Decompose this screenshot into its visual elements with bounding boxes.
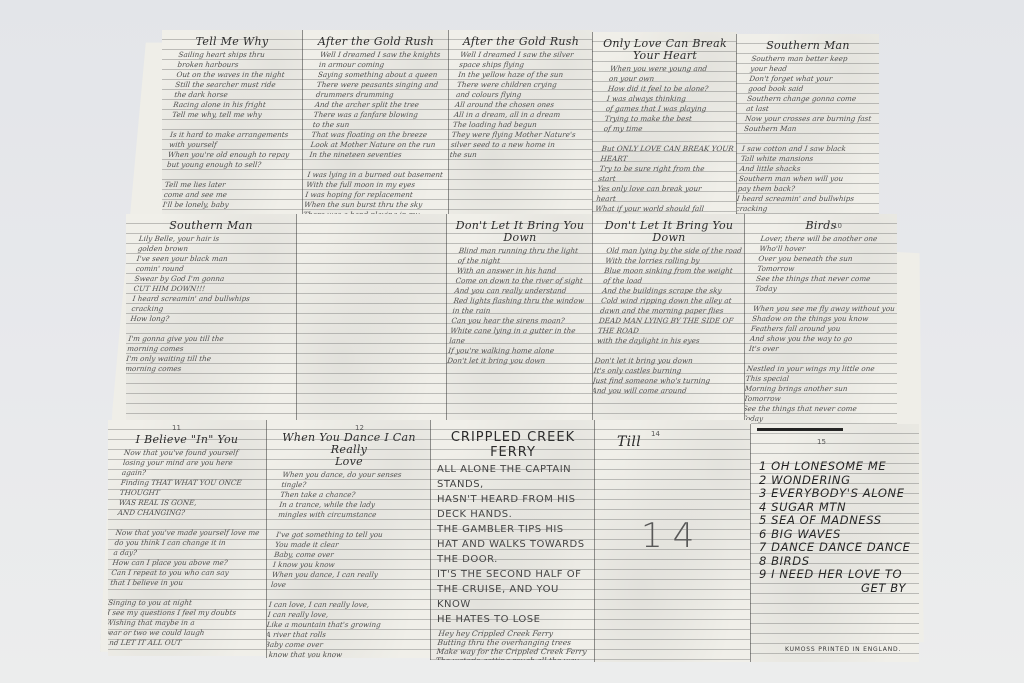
track-8: 8 BIRDS	[759, 555, 911, 569]
panel-till: 14 Till 14	[594, 420, 751, 662]
song-title: Don't Let It Bring You Down	[451, 220, 589, 244]
song-lyrics: When you dance, do your senses tingle? T…	[266, 470, 431, 658]
song-lyrics: ALL ALONE THE CAPTAIN STANDS, HASN'T HEA…	[437, 462, 591, 627]
song-lyrics: Well I dreamed I saw the silver space sh…	[449, 50, 593, 160]
track-1: 1 OH LONESOME ME	[759, 460, 911, 474]
handwritten-page-number: 14	[641, 516, 704, 556]
song-lyrics: Old man lying by the side of the road Wi…	[592, 246, 745, 396]
song-title: After the Gold Rush	[307, 36, 445, 48]
panel-cripple-creek-ferry: CRIPPLED CREEK FERRY ALL ALONE THE CAPTA…	[430, 420, 595, 660]
song-lyrics: When you were young and on your own How …	[592, 64, 737, 214]
track-3: 3 EVERYBODY'S ALONE	[759, 487, 911, 501]
track-2: 2 WONDERING	[759, 474, 911, 488]
song-title: When You Dance I Can Really Love	[271, 432, 427, 468]
song-title: Southern Man	[741, 40, 875, 52]
song-title: Birds	[749, 220, 893, 232]
panel-after-the-gold-rush-1: After the Gold Rush Well I dreamed I saw…	[302, 30, 449, 214]
panel-after-the-gold-rush-2: After the Gold Rush Well I dreamed I saw…	[448, 30, 593, 214]
song-title: Till	[617, 436, 747, 448]
track-7: 7 DANCE DANCE DANCE	[759, 541, 911, 555]
song-lyrics: Lover, there will be another one Who'll …	[744, 234, 897, 424]
page-number: 15	[817, 438, 826, 446]
panel-only-love-can-break-your-heart: Only Love Can Break Your Heart When you …	[592, 32, 737, 214]
song-title: Don't Let It Bring You Down	[597, 220, 741, 244]
panel-dont-let-it-bring-you-down-2: Don't Let It Bring You Down Old man lyin…	[592, 214, 745, 420]
track-4: 4 SUGAR MTN	[759, 501, 911, 515]
song-title: After the Gold Rush	[453, 36, 589, 48]
song-lyrics: Now that you've found yourself losing yo…	[108, 448, 266, 648]
panel-southern-man-1: Southern Man Southern man better keep yo…	[736, 34, 879, 214]
panel-tell-me-why: Tell Me Why Sailing heart ships thru bro…	[162, 30, 302, 214]
song-title: Tell Me Why	[166, 36, 298, 48]
panel-blank	[296, 214, 447, 420]
song-lyrics: Southern man better keep your head Don't…	[736, 54, 879, 214]
song-lyrics: Lily Belle, your hair is golden brown I'…	[126, 234, 296, 374]
panel-southern-man-2: Southern Man Lily Belle, your hair is go…	[126, 214, 296, 420]
song-lyrics: Sailing heart ships thru broken harbours…	[162, 50, 302, 214]
track-5: 5 SEA OF MADNESS	[759, 514, 911, 528]
paper-imprint: KUMOSS PRINTED IN ENGLAND.	[785, 646, 901, 653]
page-number: 12	[355, 424, 364, 432]
page-number: 11	[172, 424, 181, 432]
song-lyrics: Well I dreamed I saw the knights in armo…	[302, 50, 449, 214]
song-title: CRIPPLED CREEK FERRY	[435, 430, 591, 460]
panel-when-you-dance: 12 When You Dance I Can Really Love When…	[266, 420, 431, 658]
track-9-continued: GET BY	[759, 582, 911, 596]
tracklist: 1 OH LONESOME ME 2 WONDERING 3 EVERYBODY…	[759, 460, 911, 595]
panel-birds: 10 Birds Lover, there will be another on…	[744, 214, 897, 424]
song-title: Southern Man	[130, 220, 292, 232]
panel-dont-let-it-bring-you-down-1: Don't Let It Bring You Down Blind man ru…	[446, 214, 593, 420]
page-number: 10	[833, 222, 842, 230]
track-9: 9 I NEED HER LOVE TO	[759, 568, 911, 582]
song-lyrics: Blind man running thru the light of the …	[447, 246, 593, 366]
ink-divider	[757, 428, 843, 431]
song-title: Only Love Can Break Your Heart	[597, 38, 733, 62]
song-chorus: Hey hey Crippled Creek Ferry Butting thr…	[435, 629, 593, 660]
song-title: I Believe "In" You	[112, 434, 262, 446]
page-number: 14	[651, 430, 660, 438]
panel-tracklist: 15 1 OH LONESOME ME 2 WONDERING 3 EVERYB…	[750, 424, 919, 662]
panel-i-believe-in-you: 11 I Believe "In" You Now that you've fo…	[108, 420, 266, 656]
track-6: 6 BIG WAVES	[759, 528, 911, 542]
